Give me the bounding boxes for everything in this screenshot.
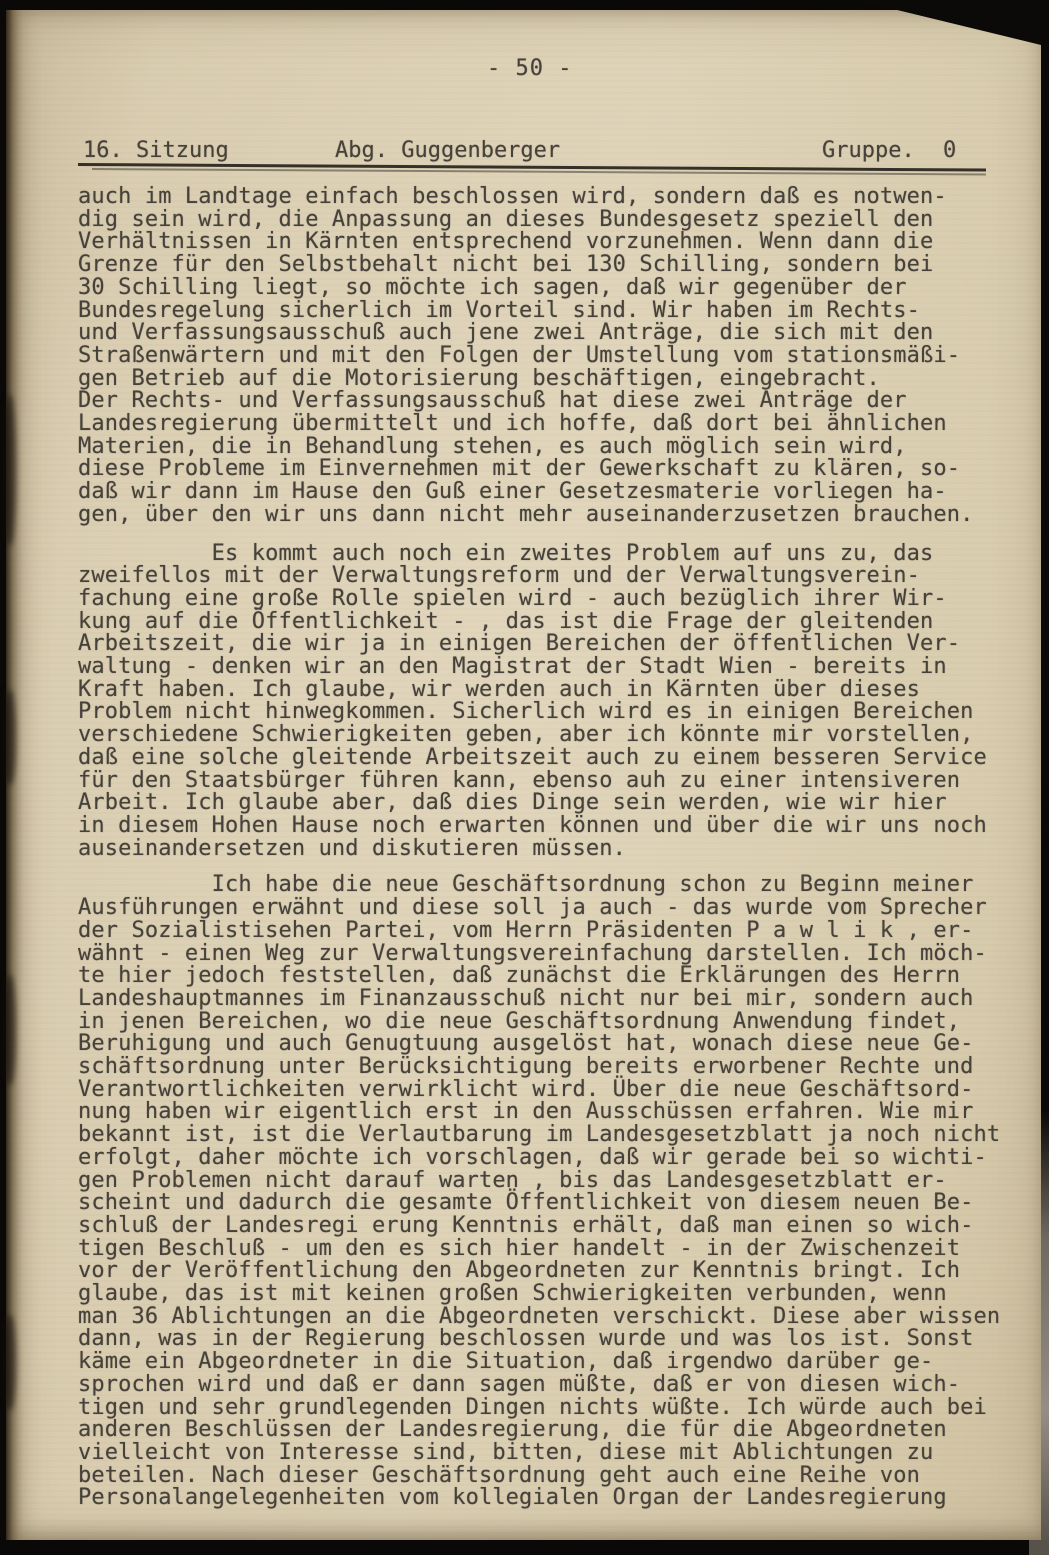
paragraph: Ich habe die neue Geschäftsordnung schon… <box>78 874 1028 1510</box>
scan-smudge <box>3 395 16 545</box>
scan-smudge <box>3 690 16 785</box>
header-group-value: 0 <box>943 138 956 163</box>
paragraph: auch im Landtage einfach beschlossen wir… <box>78 186 1028 527</box>
scan-edge-right <box>1041 1110 1049 1540</box>
scanned-document-page: - 50 - 16. Sitzung Abg. Guggenberger Gru… <box>0 0 1049 1555</box>
speech-text: auch im Landtage einfach beschlossen wir… <box>78 186 1028 1510</box>
paragraph: Es kommt auch noch ein zweites Problem a… <box>78 543 1028 861</box>
scan-smudge <box>3 1315 16 1410</box>
header-speaker: Abg. Guggenberger <box>335 138 560 163</box>
header-group-label: Gruppe. <box>822 138 915 163</box>
scan-smudge <box>3 975 16 1085</box>
header-session: 16. Sitzung <box>83 138 229 163</box>
page-number: - 50 - <box>487 56 572 81</box>
scan-corner-bottom-right <box>1029 1540 1049 1555</box>
